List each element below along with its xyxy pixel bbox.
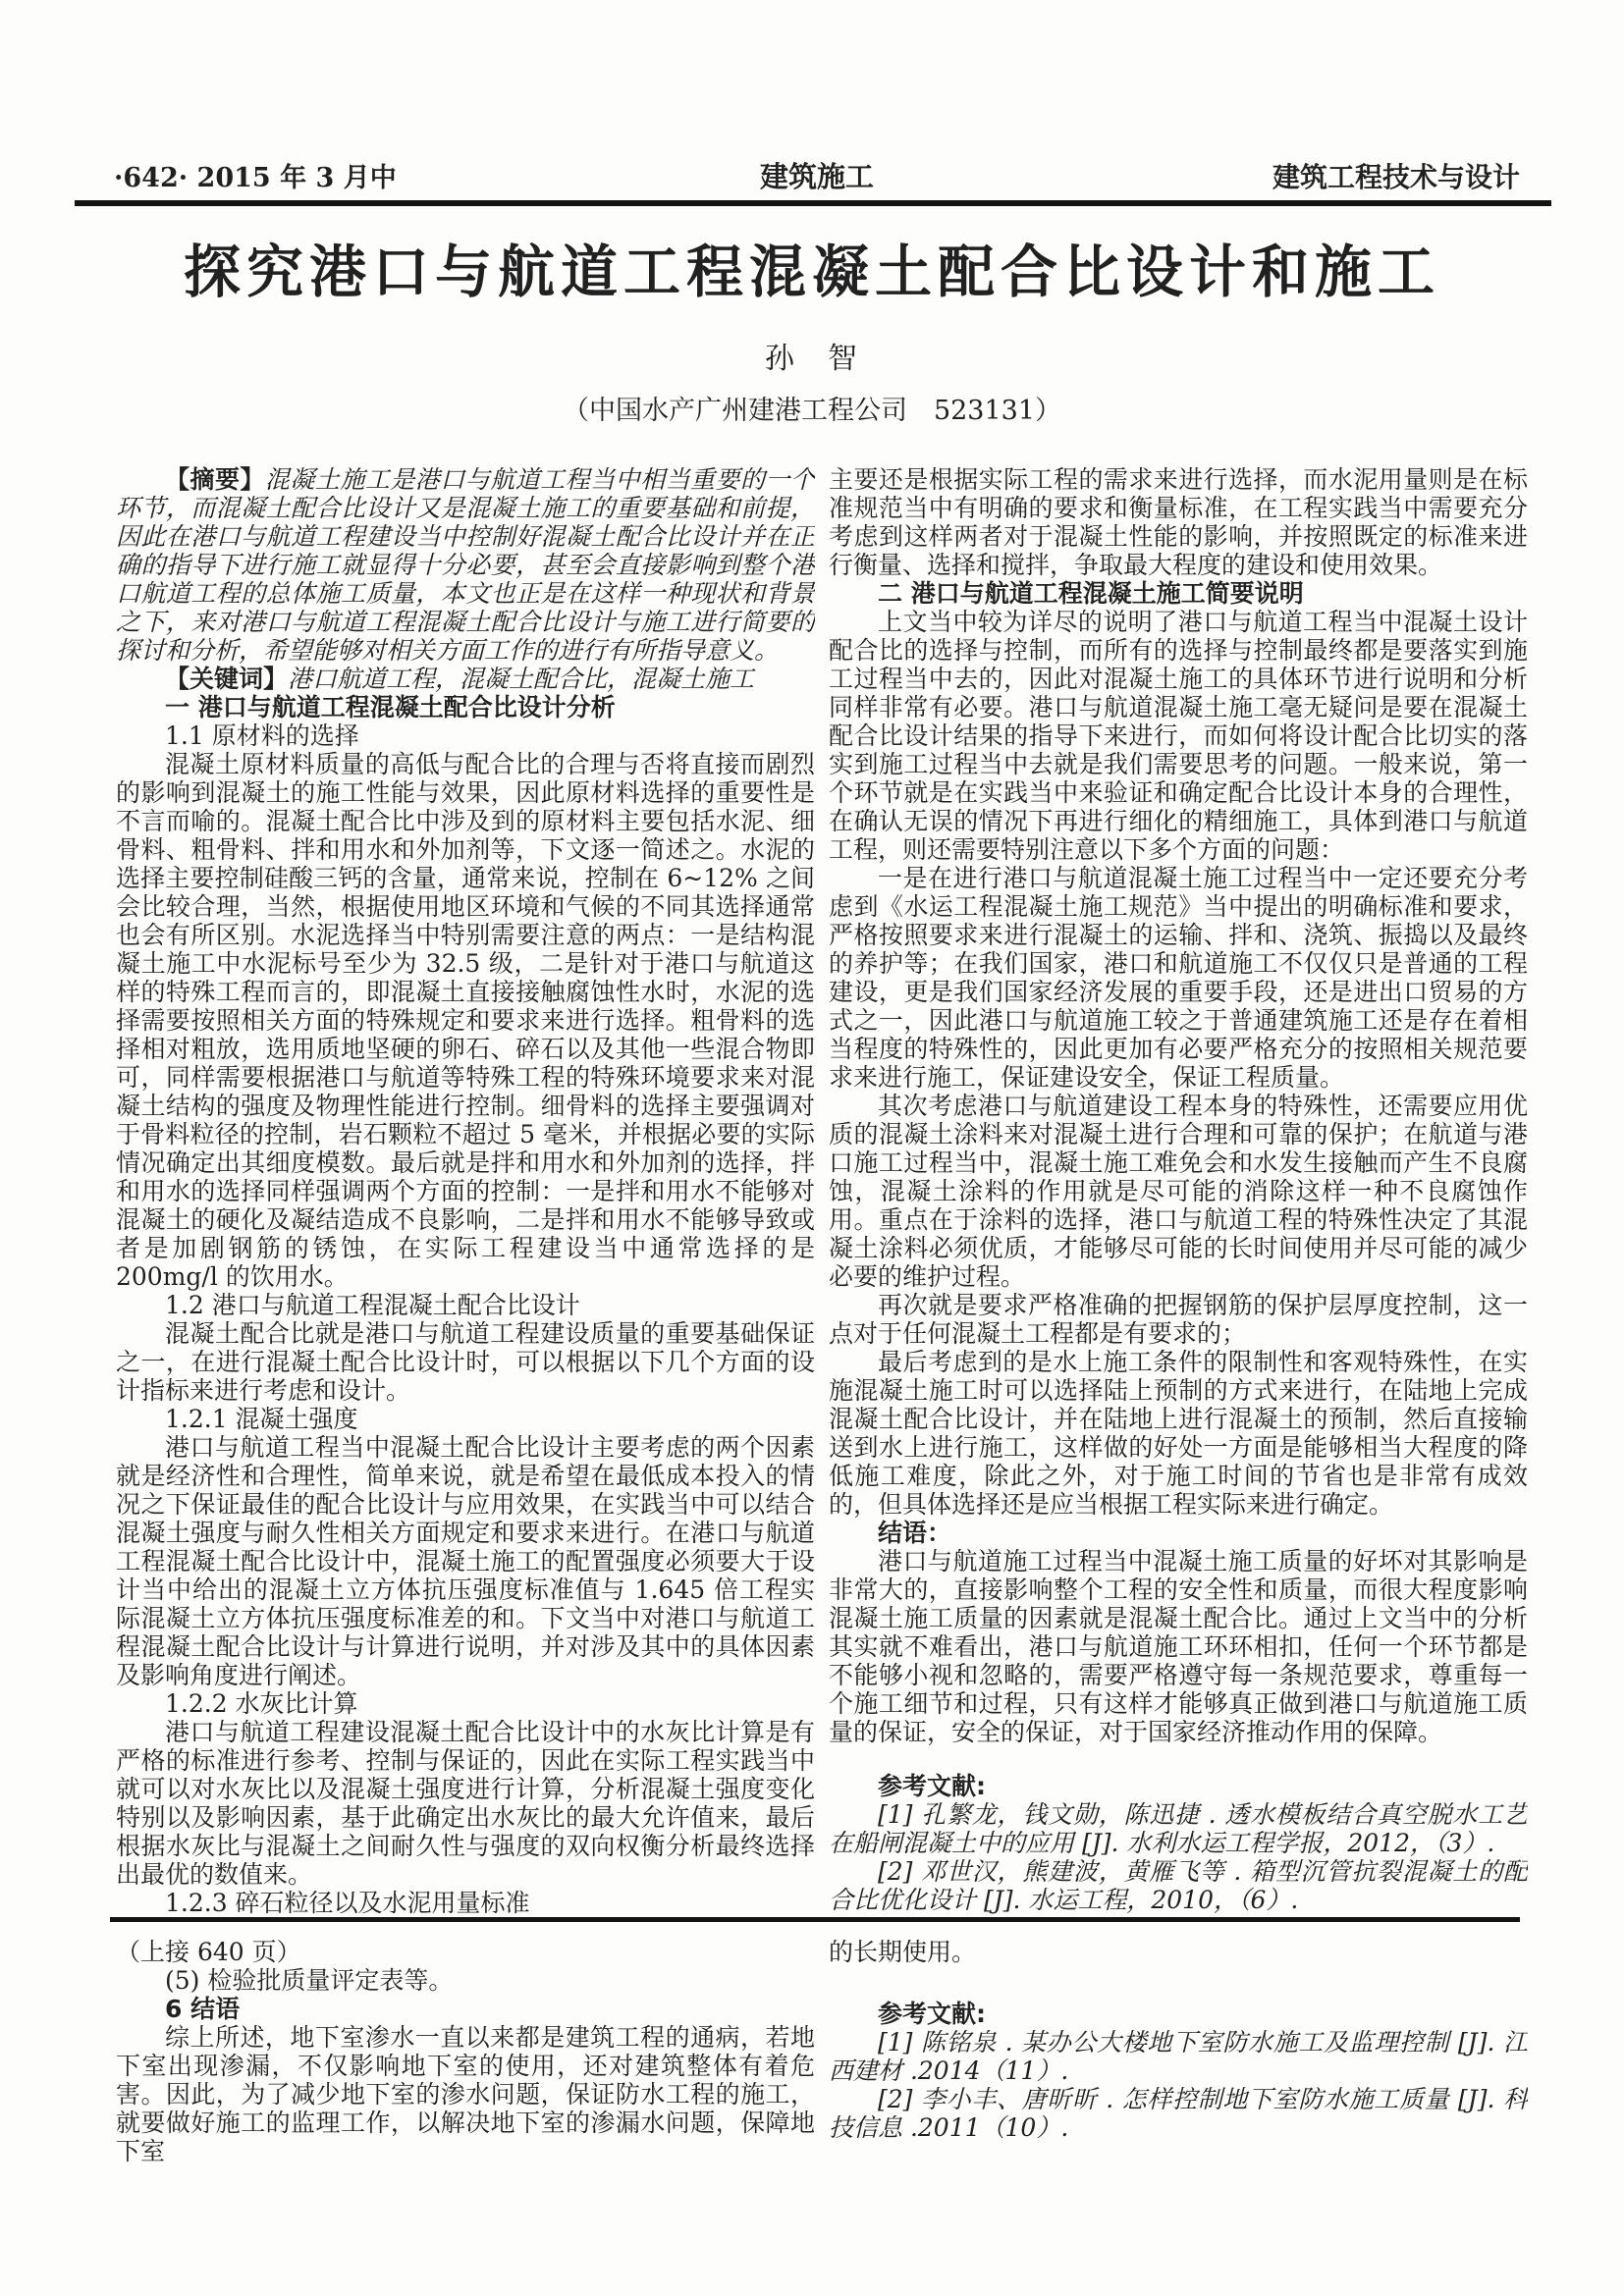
paragraph-continuation: 的长期使用。 bbox=[829, 1938, 1528, 1966]
journal-section: 建筑工程技术与设计 bbox=[1052, 156, 1520, 195]
abstract-text: 混凝土施工是港口与航道工程当中相当重要的一个环节，而混凝土配合比设计又是混凝土施… bbox=[116, 465, 815, 665]
paragraph: 最后考虑到的是水上施工条件的限制性和客观特殊性，在实施混凝土施工时可以选择陆上预… bbox=[829, 1348, 1528, 1519]
article-affiliation: （中国水产广州建港工程公司 523131） bbox=[0, 389, 1624, 427]
paragraph: 其次考虑港口与航道建设工程本身的特殊性，还需要应用优质的混凝土涂料来对混凝土进行… bbox=[829, 1092, 1528, 1291]
paragraph: 港口与航道施工过程当中混凝土施工质量的好坏对其影响是非常大的，直接影响整个工程的… bbox=[829, 1547, 1528, 1746]
abstract: 【摘要】混凝土施工是港口与航道工程当中相当重要的一个环节，而混凝土配合比设计又是… bbox=[116, 465, 815, 665]
journal-page: ·642· 2015 年 3 月中 建筑施工 建筑工程技术与设计 探究港口与航道… bbox=[0, 0, 1624, 2296]
continued-from-note: （上接 640 页） bbox=[116, 1938, 815, 1966]
paragraph: 一是在进行港口与航道混凝土施工过程当中一定还要充分考虑到《水运工程混凝土施工规范… bbox=[829, 864, 1528, 1092]
paragraph: 混凝土原材料质量的高低与配合比的合理与否将直接而剧烈的影响到混凝土的施工性能与效… bbox=[116, 750, 815, 1291]
paragraph: 上文当中较为详尽的说明了港口与航道工程当中混凝土设计配合比的选择与控制，而所有的… bbox=[829, 608, 1528, 864]
section-heading-6: 6 结语 bbox=[116, 1995, 815, 2023]
article-author: 孙 智 bbox=[0, 334, 1624, 377]
subsection-heading-1-1: 1.1 原材料的选择 bbox=[116, 721, 815, 750]
keywords: 【关键词】港口航道工程，混凝土配合比，混凝土施工 bbox=[116, 665, 815, 693]
paragraph: 综上所述，地下室渗水一直以来都是建筑工程的通病，若地下室出现渗漏，不仅影响地下室… bbox=[116, 2023, 815, 2165]
subsection-heading-1-2-2: 1.2.2 水灰比计算 bbox=[116, 1689, 815, 1718]
paragraph: 港口与航道工程当中混凝土配合比设计主要考虑的两个因素就是经济性和合理性，简单来说… bbox=[116, 1433, 815, 1689]
left-column: 【摘要】混凝土施工是港口与航道工程当中相当重要的一个环节，而混凝土配合比设计又是… bbox=[116, 465, 815, 1914]
paragraph-continuation: 主要还是根据实际工程的需求来进行选择，而水泥用量则是在标准规范当中有明确的要求和… bbox=[829, 465, 1528, 579]
list-item: (5) 检验批质量评定表等。 bbox=[116, 1966, 815, 1995]
journal-title: 建筑施工 bbox=[582, 155, 1051, 195]
reference-item: [2] 邓世汉，熊建波，黄雁飞等 . 箱型沉管抗裂混凝土的配合比优化设计 [J]… bbox=[829, 1857, 1528, 1914]
references-heading: 参考文献: bbox=[829, 1772, 1528, 1800]
reference-item: [1] 陈铭泉 . 某办公大楼地下室防水施工及监理控制 [J]. 江西建材 .2… bbox=[829, 2028, 1528, 2085]
conclusion-heading: 结语： bbox=[829, 1519, 1528, 1547]
keywords-label: 【关键词】 bbox=[165, 665, 288, 693]
reference-item: [2] 李小丰、唐昕昕 . 怎样控制地下室防水施工质量 [J]. 科技信息 .2… bbox=[829, 2085, 1528, 2142]
continued-right-column: 的长期使用。 参考文献: [1] 陈铭泉 . 某办公大楼地下室防水施工及监理控制… bbox=[829, 1938, 1528, 2279]
references-heading: 参考文献: bbox=[829, 2000, 1528, 2028]
paragraph: 港口与航道工程建设混凝土配合比设计中的水灰比计算是有严格的标准进行参考、控制与保… bbox=[116, 1718, 815, 1889]
paragraph: 再次就是要求严格准确的把握钢筋的保护层厚度控制，这一点对于任何混凝土工程都是有要… bbox=[829, 1291, 1528, 1348]
section-heading-2: 二 港口与航道工程混凝土施工简要说明 bbox=[829, 579, 1528, 608]
continued-left-column: （上接 640 页） (5) 检验批质量评定表等。 6 结语 综上所述，地下室渗… bbox=[116, 1938, 815, 2279]
masthead: ·642· 2015 年 3 月中 建筑施工 建筑工程技术与设计 bbox=[114, 155, 1520, 195]
subsection-heading-1-2-1: 1.2.1 混凝土强度 bbox=[116, 1405, 815, 1433]
reference-item: [1] 孔繁龙，钱文勋，陈迅捷 . 透水模板结合真空脱水工艺在船闸混凝土中的应用… bbox=[829, 1800, 1528, 1857]
right-column: 主要还是根据实际工程的需求来进行选择，而水泥用量则是在标准规范当中有明确的要求和… bbox=[829, 465, 1528, 1914]
paragraph: 混凝土配合比就是港口与航道工程建设质量的重要基础保证之一，在进行混凝土配合比设计… bbox=[116, 1319, 815, 1405]
header-rule bbox=[75, 200, 1551, 206]
keywords-text: 港口航道工程，混凝土配合比，混凝土施工 bbox=[288, 665, 754, 693]
abstract-label: 【摘要】 bbox=[165, 465, 265, 494]
article-separator-rule bbox=[110, 1917, 1520, 1922]
subsection-heading-1-2-3: 1.2.3 碎石粒径以及水泥用量标准 bbox=[116, 1889, 815, 1914]
section-heading-1: 一 港口与航道工程混凝土配合比设计分析 bbox=[116, 693, 815, 721]
page-issue-info: ·642· 2015 年 3 月中 bbox=[114, 156, 582, 194]
article-title: 探究港口与航道工程混凝土配合比设计和施工 bbox=[0, 226, 1624, 308]
subsection-heading-1-2: 1.2 港口与航道工程混凝土配合比设计 bbox=[116, 1291, 815, 1319]
